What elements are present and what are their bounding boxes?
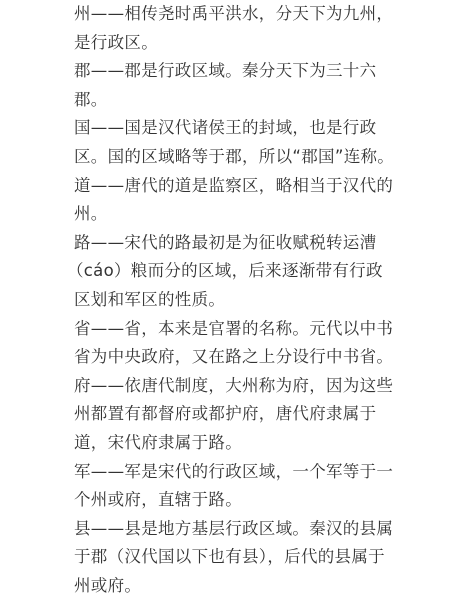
text-line: 州。 [74, 200, 374, 229]
text-line: 州——相传尧时禹平洪水，分天下为九州， [74, 0, 374, 29]
entry-sheng: 省——省，本来是官署的名称。元代以中书 省为中央政府，又在路之上分设行中书省。 [74, 315, 374, 372]
document-body: 州——相传尧时禹平洪水，分天下为九州， 是行政区。 郡——郡是行政区域。秦分天下… [74, 0, 374, 600]
text-line: 郡——郡是行政区域。秦分天下为三十六 [74, 57, 374, 86]
text-line: 省为中央政府，又在路之上分设行中书省。 [74, 343, 374, 372]
text-line: 个州或府，直辖于路。 [74, 486, 374, 515]
entry-fu: 府——依唐代制度，大州称为府，因为这些 州都置有都督府或都护府，唐代府隶属于 道… [74, 372, 374, 458]
text-line: 郡。 [74, 86, 374, 115]
text-line: 县——县是地方基层行政区域。秦汉的县属 [74, 515, 374, 544]
text-line: 区。国的区域略等于郡，所以“郡国”连称。 [74, 143, 374, 172]
entry-xian: 县——县是地方基层行政区域。秦汉的县属 于郡（汉代国以下也有县），后代的县属于 … [74, 515, 374, 600]
text-line: 府——依唐代制度，大州称为府，因为这些 [74, 372, 374, 401]
text-line: 州或府。 [74, 572, 374, 600]
text-line: 国——国是汉代诸侯王的封域，也是行政 [74, 114, 374, 143]
entry-guo: 国——国是汉代诸侯王的封域，也是行政 区。国的区域略等于郡，所以“郡国”连称。 [74, 114, 374, 171]
text-line: （cáo）粮而分的区域，后来逐渐带有行政 [67, 257, 374, 286]
entry-zhou: 州——相传尧时禹平洪水，分天下为九州， 是行政区。 [74, 0, 374, 57]
entry-jun-military: 军——军是宋代的行政区域，一个军等于一 个州或府，直辖于路。 [74, 458, 374, 515]
text-line: 州都置有都督府或都护府，唐代府隶属于 [74, 400, 374, 429]
entry-lu: 路——宋代的路最初是为征收赋税转运漕 （cáo）粮而分的区域，后来逐渐带有行政 … [74, 229, 374, 315]
text-line: 道，宋代府隶属于路。 [74, 429, 374, 458]
text-line: 军——军是宋代的行政区域，一个军等于一 [74, 458, 374, 487]
text-line: 于郡（汉代国以下也有县），后代的县属于 [74, 543, 374, 572]
text-line: 道——唐代的道是监察区，略相当于汉代的 [74, 172, 374, 201]
text-line: 省——省，本来是官署的名称。元代以中书 [74, 315, 374, 344]
entry-dao: 道——唐代的道是监察区，略相当于汉代的 州。 [74, 172, 374, 229]
text-line: 路——宋代的路最初是为征收赋税转运漕 [74, 229, 374, 258]
text-line: 是行政区。 [74, 29, 374, 58]
text-line: 区划和军区的性质。 [74, 286, 374, 315]
entry-jun: 郡——郡是行政区域。秦分天下为三十六 郡。 [74, 57, 374, 114]
